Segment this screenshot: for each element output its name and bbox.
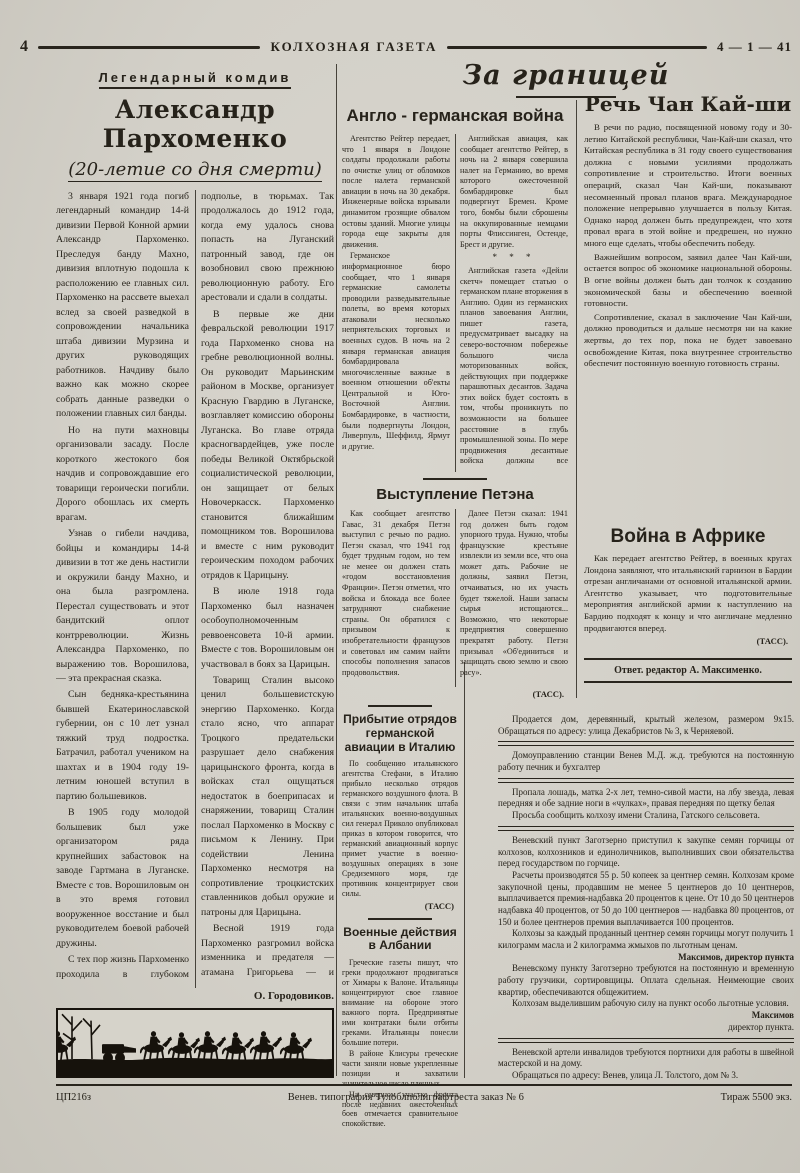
header-rule-left [38,46,260,49]
paragraph: Домоуправлению станции Венев М.Д. ж.д. т… [498,750,794,773]
lead-subtitle-text: (20-летие со дня смерти) [68,159,322,182]
italy-aviation-title: Прибытие отрядов германской авиации в Ит… [342,713,458,754]
ad-house-sale: Продается дом, деревянный, крытый железо… [498,714,794,737]
anglo-german-body: Агентство Рейтер передает, что 1 января … [342,134,568,472]
ad-divider [498,826,794,831]
ad-loaders-text: Веневскому пункту Заготзерно требуются н… [498,963,794,1010]
column-rule [336,64,337,1076]
paragraph: Сопротивление, сказал в заключение Чан К… [584,312,792,370]
ad-mustard-signature: Максимов, директор пункта [498,952,794,964]
article-divider [368,918,432,920]
ad-divider [498,741,794,746]
paragraph: Веневский пункт Заготзерно приступил к з… [498,835,794,870]
paragraph: Просьба сообщить колхозу имени Сталина, … [498,810,794,822]
ad-loaders-jobs: Веневскому пункту Заготзерно требуются н… [498,963,794,1033]
footer-rule [56,1084,792,1086]
ad-loaders-signature: Максимов [498,1010,794,1022]
page-footer: ЦП216з Венев. типография Тулоблполиграфт… [56,1092,792,1103]
petain-body: Как сообщает агентство Гавас, 31 декабря… [342,509,568,687]
newspaper-page: 4 КОЛХОЗНАЯ ГАЗЕТА 4 — 1 — 41 Легендарны… [0,0,800,1173]
lead-article: Легендарный комдив Александр Пархоменко … [56,70,334,1002]
footer-imprint: Венев. типография Тулоблполиграфтреста з… [288,1092,524,1103]
paragraph: Узнав о гибели начдива, бойцы и командир… [56,527,189,686]
masthead: КОЛХОЗНАЯ ГАЗЕТА [270,39,437,55]
editor-line-text: Ответ. редактор А. Максименко. [614,665,762,676]
header-rule-right [447,46,707,49]
right-column: Речь Чан Кай-ши В речи по радио, посвяще… [584,92,792,683]
paragraph: В речи по радио, посвященной новому году… [584,122,792,250]
africa-war-signature: (ТАСС). [584,636,788,646]
article-divider [368,705,432,707]
italy-aviation-body: По сообщению итальянского агентства Стеф… [342,759,458,898]
column-rule [576,100,577,698]
lead-kicker: Легендарный комдив [56,70,334,85]
lead-kicker-text: Легендарный комдив [99,70,292,89]
lead-title: Александр Пархоменко [56,95,334,153]
paragraph: Важнейшим вопросом, заявил далее Чан Кай… [584,252,792,310]
paragraph: Греческие газеты пишут, что греки продол… [342,958,458,1048]
issue-date: 4 — 1 — 41 [717,39,792,55]
ad-seamstress-jobs: Веневской артели инвалидов требуются пор… [498,1047,794,1082]
paragraph: В 1905 году молодой большевик был уже ор… [56,806,189,951]
ad-loaders-signature2: директор пункта. [498,1022,794,1034]
paragraph: Обращаться по адресу: Венев, улица Л. То… [498,1070,794,1082]
paragraph: Веневской артели инвалидов требуются пор… [498,1047,794,1070]
albania-title: Военные действия в Албании [342,926,458,954]
foreign-section-header: За границей [340,60,792,91]
stars-divider: * * * [460,252,568,264]
petain-signature: (ТАСС). [342,689,564,699]
ad-lost-horse: Пропала лошадь, матка 2-х лет, темно-сив… [498,787,794,822]
paragraph: Далее Петэн сказал: 1941 год должен быть… [460,509,568,678]
anglo-german-title: Англо - германская война [342,106,568,126]
paragraph: Веневскому пункту Заготзерно требуются н… [498,963,794,998]
italy-aviation-signature: (ТАСС) [342,901,454,912]
paragraph: Пропала лошадь, матка 2-х лет, темно-сив… [498,787,794,810]
ad-divider [498,1038,794,1043]
petain-title: Выступление Петэна [342,486,568,503]
chiang-body: В речи по радио, посвященной новому году… [584,122,792,520]
chiang-title: Речь Чан Кай-ши [584,92,792,116]
lead-body: 3 января 1921 года погиб легендарный ком… [56,190,334,988]
narrow-subcolumn: Прибытие отрядов германской авиации в Ит… [342,705,458,1129]
editor-line: Ответ. редактор А. Максименко. [584,658,792,683]
paragraph: Как передает агентство Рейтер, в военных… [584,553,792,634]
paragraph: Расчеты производятся 55 р. 50 копеек за … [498,870,794,928]
ad-divider [498,778,794,783]
ad-mustard-purchase: Веневский пункт Заготзерно приступил к з… [498,835,794,964]
footer-code: ЦП216з [56,1092,91,1103]
albania-body: Греческие газеты пишут, что греки продол… [342,958,458,1129]
paragraph: В июле 1918 года Пархоменко был назначен… [201,585,334,672]
article-divider [423,478,487,480]
footer-circulation: Тираж 5500 экз. [721,1092,792,1103]
paragraph: В первые же дни февральской революции 19… [201,308,334,583]
paragraph: Как сообщает агентство Гавас, 31 декабря… [342,509,450,678]
ad-mustard-text: Веневский пункт Заготзерно приступил к з… [498,835,794,952]
lead-signature: О. Городовиков. [56,990,334,1002]
paragraph: Колхозы за каждый проданный центнер семя… [498,928,794,951]
classified-ads: Продается дом, деревянный, крытый железо… [498,714,794,1082]
paragraph: Агентство Рейтер передает, что 1 января … [342,134,450,250]
page-number: 4 [20,38,28,56]
africa-war-body: Как передает агентство Рейтер, в военных… [584,553,792,634]
cavalry-illustration [56,1008,334,1078]
paragraph: Сын бедняка-крестьянина бывшей Екатерино… [56,688,189,804]
paragraph: Но на пути махновцы организовали засаду.… [56,424,189,525]
paragraph: Товарищ Сталин высоко ценил большевистск… [201,674,334,920]
lead-subtitle: (20-летие со дня смерти) [56,159,334,180]
paragraph: В районе Клисуры греческие части заняли … [342,1049,458,1089]
page-header: 4 КОЛХОЗНАЯ ГАЗЕТА 4 — 1 — 41 [20,36,792,58]
paragraph: Продается дом, деревянный, крытый железо… [498,714,794,737]
paragraph: 3 января 1921 года погиб легендарный ком… [56,190,189,422]
cavalry-silhouette-svg [58,1010,332,1076]
paragraph: Колхозам выделившим рабочую силу на пунк… [498,998,794,1010]
paragraph: По сообщению итальянского агентства Стеф… [342,759,458,898]
paragraph: Английская авиация, как сообщает агентст… [460,134,568,250]
ad-station-jobs: Домоуправлению станции Венев М.Д. ж.д. т… [498,750,794,773]
paragraph: Германское информационное бюро сообщает,… [342,251,450,452]
africa-war-title: Война в Африке [584,526,792,548]
